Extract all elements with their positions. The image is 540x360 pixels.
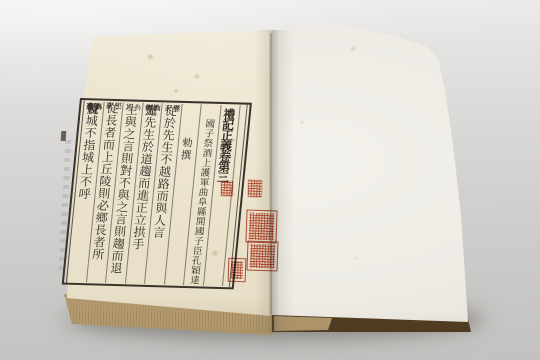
large-red-collector-seal-middle bbox=[245, 209, 277, 243]
foxing-spot bbox=[354, 257, 357, 260]
foxing-spot bbox=[147, 54, 154, 60]
foxing-spot bbox=[174, 89, 178, 93]
foxing-spot bbox=[118, 245, 123, 250]
foxing-spot bbox=[194, 74, 200, 79]
small-red-seal-upper-margin bbox=[248, 180, 263, 197]
photo-of-open-antique-book: 禮記正義卷第三國子祭酒上護軍曲阜縣開國子臣孔穎達等奉勑撰從於先生不越路而與人言尊… bbox=[0, 0, 540, 360]
foxing-spot bbox=[231, 138, 235, 142]
foxing-spot bbox=[300, 120, 304, 124]
foxing-spot bbox=[212, 250, 218, 256]
seal-layer bbox=[0, 0, 540, 360]
small-red-seal-upper-inner bbox=[221, 181, 234, 196]
large-red-collector-seal-lower bbox=[246, 240, 278, 271]
small-red-seal-inside-frame bbox=[228, 258, 247, 283]
foxing-spot bbox=[350, 46, 356, 51]
